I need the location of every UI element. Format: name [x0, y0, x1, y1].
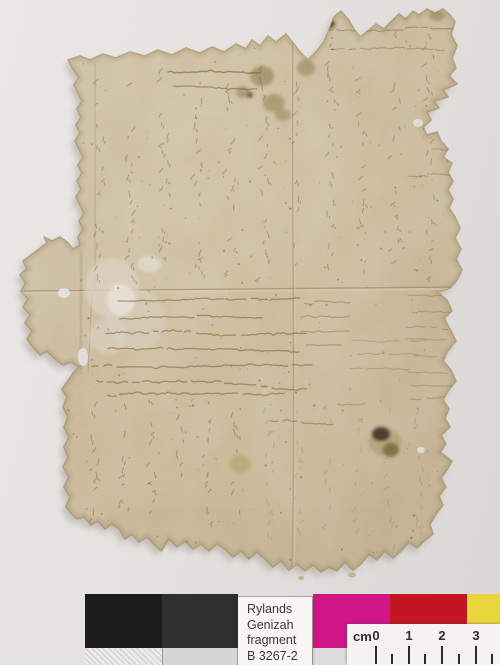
cm-ruler: cm 0 1 2 3 [347, 624, 500, 665]
ruler-tick-minor [458, 654, 460, 664]
manuscript-fragment-image [0, 0, 500, 665]
calibration-patch-light-gray-hatched [85, 648, 162, 665]
calibration-bar: Rylands Genizah fragment B 3267-2 cm 0 1… [0, 590, 500, 665]
ruler-number-0: 0 [372, 628, 379, 643]
ruler-unit-label: cm [353, 629, 372, 644]
label-line-shelfmark: B 3267-2 [247, 649, 312, 665]
label-line-collection: Rylands [247, 602, 312, 618]
ruler-number-3: 3 [472, 628, 479, 643]
ruler-tick-minor [491, 654, 493, 664]
ruler-number-2: 2 [438, 628, 445, 643]
paper-crumb [298, 576, 304, 580]
ruler-tick-major [375, 646, 377, 664]
shelfmark-label-card: Rylands Genizah fragment B 3267-2 [238, 597, 312, 665]
ruler-tick-minor [391, 654, 393, 664]
label-line-type: fragment [247, 633, 312, 649]
ruler-tick-minor [424, 654, 426, 664]
paper-crumb [348, 573, 356, 578]
ruler-tick-major [441, 646, 443, 664]
fragment-surface-detail [15, 5, 470, 585]
ruler-tick-major [408, 646, 410, 664]
abrasion-patch [85, 256, 166, 354]
ruler-tick-major [475, 646, 477, 664]
calibration-patch-dark-gray [162, 594, 238, 648]
calibration-patch-light-gray [162, 648, 238, 665]
ruler-number-1: 1 [405, 628, 412, 643]
label-line-series: Genizah [247, 618, 312, 634]
calibration-patch-black [85, 594, 162, 648]
digitized-fragment-photo: Rylands Genizah fragment B 3267-2 cm 0 1… [0, 0, 500, 665]
